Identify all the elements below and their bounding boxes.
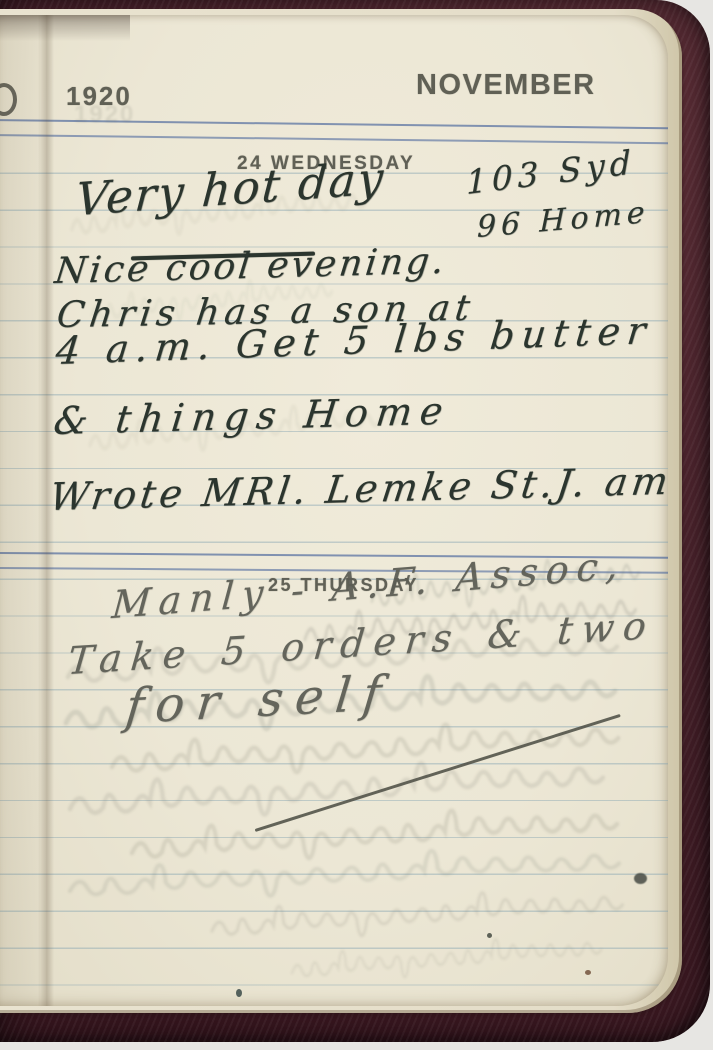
cover-shadow <box>0 15 130 41</box>
dirt-speck <box>585 970 591 975</box>
diary-page: 1920 1920 NOVEMBER 24 WEDNESDAY 25 THURS… <box>0 15 668 1006</box>
year-bleed-through: 1920 <box>74 101 135 129</box>
facing-page-partial-digit <box>0 83 17 116</box>
ink-speck <box>487 933 492 938</box>
printed-month: NOVEMBER <box>416 69 596 102</box>
pencil-smudge <box>634 873 647 884</box>
diary-page-scan: 1920 1920 NOVEMBER 24 WEDNESDAY 25 THURS… <box>0 0 713 1050</box>
ink-speck <box>236 989 242 997</box>
